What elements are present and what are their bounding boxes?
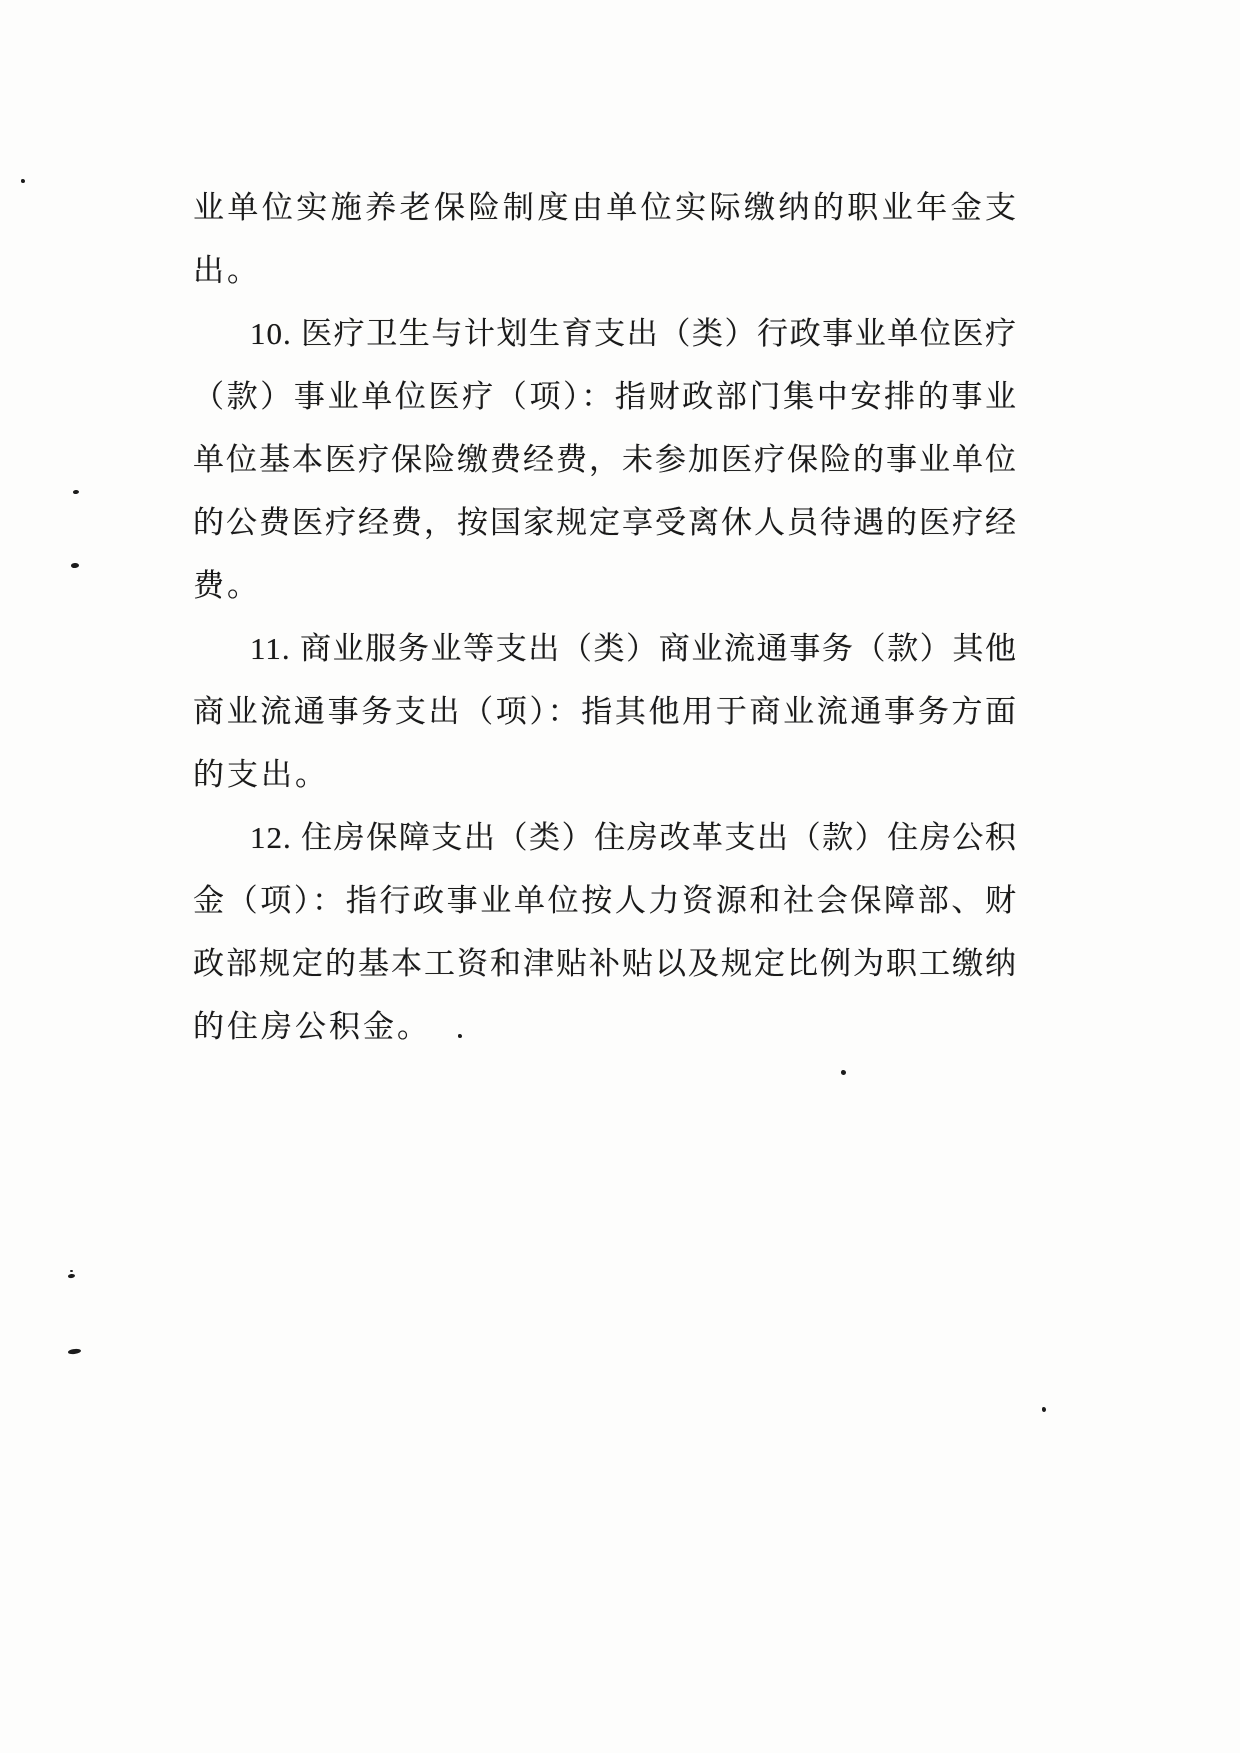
text-line: 单位基本医疗保险缴费经费，未参加医疗保险的事业单位 — [193, 428, 1017, 491]
scanned-page: 业单位实施养老保险制度由单位实际缴纳的职业年金支出。10. 医疗卫生与计划生育支… — [0, 0, 1240, 1753]
text-line: 商业流通事务支出（项）：指其他用于商业流通事务方面 — [193, 680, 1017, 743]
text-line: 的公费医疗经费，按国家规定享受离休人员待遇的医疗经 — [193, 491, 1017, 554]
text-line: 政部规定的基本工资和津贴补贴以及规定比例为职工缴纳 — [193, 932, 1017, 995]
scan-speck — [70, 1270, 73, 1272]
scan-speck — [458, 1034, 462, 1038]
text-line: 11. 商业服务业等支出（类）商业流通事务（款）其他 — [193, 617, 1017, 680]
scan-speck — [841, 1070, 846, 1075]
scan-speck — [68, 1348, 82, 1355]
text-line: 的住房公积金。 — [193, 995, 1017, 1058]
text-line: 金（项）：指行政事业单位按人力资源和社会保障部、财 — [193, 869, 1017, 932]
scan-speck — [73, 490, 79, 495]
text-line: 10. 医疗卫生与计划生育支出（类）行政事业单位医疗 — [193, 302, 1017, 365]
text-line: （款）事业单位医疗（项）：指财政部门集中安排的事业 — [193, 365, 1017, 428]
text-line: 12. 住房保障支出（类）住房改革支出（款）住房公积 — [193, 806, 1017, 869]
text-line: 的支出。 — [193, 743, 1017, 806]
text-line: 费。 — [193, 554, 1017, 617]
text-line: 业单位实施养老保险制度由单位实际缴纳的职业年金支 — [193, 176, 1017, 239]
document-text-block: 业单位实施养老保险制度由单位实际缴纳的职业年金支出。10. 医疗卫生与计划生育支… — [193, 176, 1017, 1058]
scan-speck — [1042, 1407, 1046, 1412]
scan-speck — [68, 1273, 76, 1278]
text-line: 出。 — [193, 239, 1017, 302]
scan-speck — [21, 179, 25, 183]
scan-speck — [71, 563, 79, 569]
